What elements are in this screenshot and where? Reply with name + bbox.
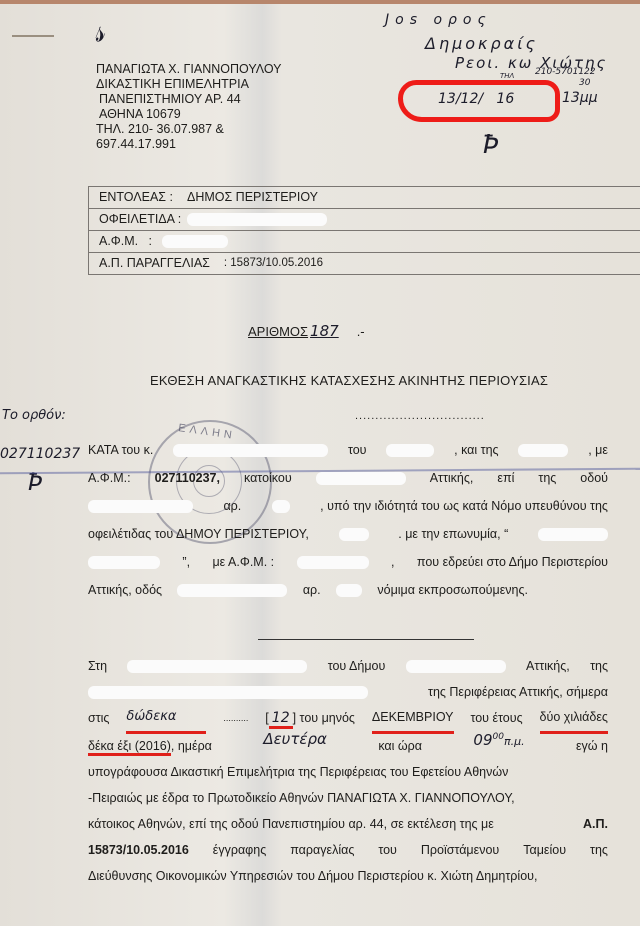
redacted-field (187, 213, 327, 226)
text: και ώρα (378, 732, 422, 760)
text-line: δέκα έξι (2016), ημέρα Δευτέρα και ώρα 0… (88, 732, 608, 760)
text: εγώ η (576, 732, 608, 760)
letterhead-phone1: ΤΗΛ. 210- 36.07.987 & (96, 122, 282, 137)
redacted-field (538, 528, 608, 541)
text-line: 15873/10.05.2016 έγγραφης παραγελίας του… (88, 836, 608, 864)
text-line: Διεύθυνσης Οικονομικών Υπηρεσιών του Δήμ… (88, 862, 608, 890)
handwritten-phone-label: ΤΗΛ (500, 72, 514, 80)
year-text: δύο χιλιάδες (540, 703, 608, 734)
text: Α.Φ.Μ.: (88, 464, 131, 492)
letterhead-role: ΔΙΚΑΣΤΙΚΗ ΕΠΙΜΕΛΗΤΡΙΑ (96, 77, 282, 92)
staple-mark (12, 35, 54, 37)
text: , και της (454, 436, 498, 464)
text: του (378, 836, 397, 864)
month-text: ΔΕΚΕΜΒΡΙΟΥ (372, 703, 454, 734)
page-edge (0, 0, 640, 4)
document-title: ΕΚΘΕΣΗ ΑΝΑΓΚΑΣΤΙΚΗΣ ΚΑΤΑΣΧΕΣΗΣ ΑΚΙΝΗΤΗΣ … (150, 373, 548, 388)
text: κάτοικος Αθηνών, επί της οδού Πανεπιστημ… (88, 810, 494, 838)
order-number: 15873/10.05.2016 (88, 836, 189, 864)
handwritten-correction-label: Το ορθόν: (2, 408, 66, 423)
text: ”, (182, 548, 190, 576)
text-line: αρ. , υπό την ιδιότητά του ως κατά Νόμο … (88, 492, 608, 520)
text: Αττικής, οδός (88, 576, 162, 604)
letterhead-street: ΠΑΝΕΠΙΣΤΗΜΙΟΥ ΑΡ. 44 (96, 92, 282, 107)
redacted-field (173, 444, 328, 457)
info-row-afm: Α.Φ.Μ. : (88, 231, 640, 253)
text: , (391, 548, 394, 576)
text: ] του μηνός (293, 711, 355, 725)
redacted-field (316, 472, 406, 485)
letterhead-city: ΑΘΗΝΑ 10679 (96, 107, 282, 122)
info-row-order-number: Α.Π. ΠΑΡΑΓΓΕΛΙΑΣ : 15873/10.05.2016 (88, 253, 640, 275)
text: , με (588, 436, 608, 464)
text-line: Αττικής, οδός αρ. νόμιμα εκπροσωπούμενης… (88, 576, 528, 604)
text: Αττικής, (430, 464, 474, 492)
text: .......... (223, 704, 248, 732)
text: , ημέρα (171, 739, 212, 753)
year-text-2: δέκα έξι (2016) (88, 739, 171, 756)
info-label: ΕΝΤΟΛΕΑΣ : (99, 187, 173, 208)
text: επί (497, 464, 514, 492)
info-value: ΔΗΜΟΣ ΠΕΡΙΣΤΕΡΙΟΥ (187, 187, 318, 208)
text: οδού (580, 464, 608, 492)
text: Ταμείου (523, 836, 566, 864)
text: της (538, 464, 556, 492)
letterhead-phone2: 697.44.17.991 (96, 137, 282, 152)
redacted-field (177, 584, 287, 597)
redacted-field (518, 444, 568, 457)
redacted-field (406, 660, 506, 673)
handwritten-phone-ext: 30 (579, 78, 590, 88)
info-row-ofeiletida: ΟΦΕΙΛΕΤΙΔΑ : (88, 209, 640, 231)
text: υπογράφουσα Δικαστική Επιμελήτρια της Πε… (88, 758, 508, 786)
title-dots: ................................ (355, 410, 485, 422)
handwritten-correct-afm: 027110237 (0, 446, 80, 462)
handwritten-time: 13μμ (562, 90, 598, 106)
redacted-field (272, 500, 290, 513)
text: της (590, 652, 608, 680)
handwritten-hour: 0900π.μ. (473, 723, 524, 756)
afm-value: 027110237, (155, 464, 220, 492)
text: του (348, 436, 367, 464)
text: οφειλέτιδας του ΔΗΜΟΥ ΠΕΡΙΣΤΕΡΙΟΥ, (88, 520, 309, 548)
text: Προϊστάμενου (421, 836, 499, 864)
text-line: στις δώδεκα .......... [12] του μηνός ΔΕ… (88, 704, 608, 732)
redacted-field (88, 686, 368, 699)
letterhead-name: ΠΑΝΑΓΙΩΤΑ Χ. ΓΙΑΝΝΟΠΟΥΛΟΥ (96, 62, 282, 77)
text: ΚΑΤΑ του κ. (88, 436, 153, 464)
handwritten-number: 187 (308, 322, 357, 340)
redacted-field (336, 584, 362, 597)
text: . με την επωνυμία, “ (398, 520, 508, 548)
text: αρ. (303, 576, 321, 604)
text: Διεύθυνσης Οικονομικών Υπηρεσιών του Δήμ… (88, 862, 537, 890)
text: που εδρεύει στο Δήμο Περιστερίου (417, 548, 608, 576)
handwritten-note-2: Δημοκραίς (425, 34, 538, 53)
redacted-field (297, 556, 369, 569)
hour-suffix: π.μ. (504, 735, 525, 748)
text: κατοίκου (244, 464, 292, 492)
info-row-entoleas: ΕΝΤΟΛΕΑΣ : ΔΗΜΟΣ ΠΕΡΙΣΤΕΡΙΟΥ (88, 187, 640, 209)
text-line: ”, με Α.Φ.Μ. : , που εδρεύει στο Δήμο Πε… (88, 548, 608, 576)
handwritten-note-1: Jos ορος (385, 12, 492, 28)
text: Στη (88, 652, 107, 680)
redacted-field (386, 444, 434, 457)
info-label: ΟΦΕΙΛΕΤΙΔΑ : (99, 209, 181, 230)
text: στις (88, 704, 109, 732)
text: έγγραφης (213, 836, 267, 864)
info-label: Α.Π. ΠΑΡΑΓΓΕΛΙΑΣ (99, 253, 210, 274)
info-box: ΕΝΤΟΛΕΑΣ : ΔΗΜΟΣ ΠΕΡΙΣΤΕΡΙΟΥ ΟΦΕΙΛΕΤΙΔΑ … (88, 186, 640, 275)
text: με Α.Φ.Μ. : (212, 548, 274, 576)
text: Α.Π. (583, 810, 608, 838)
number-suffix: .- (357, 324, 365, 339)
text: -Πειραιώς με έδρα το Πρωτοδικείο Αθηνών … (88, 784, 515, 812)
document-page: 𝓈 ΠΑΝΑΓΙΩΤΑ Χ. ΓΙΑΝΝΟΠΟΥΛΟΥ ΔΙΚΑΣΤΙΚΗ ΕΠ… (0, 0, 640, 926)
handwritten-date: 13/12/ 16 (438, 91, 514, 107)
redacted-field (339, 528, 369, 541)
handwritten-weekday: Δευτέρα (263, 725, 327, 753)
text-line: υπογράφουσα Δικαστική Επιμελήτρια της Πε… (88, 758, 608, 786)
redacted-field (162, 235, 228, 248)
text-line: ΚΑΤΑ του κ. του , και της , με (88, 436, 608, 464)
letterhead: ΠΑΝΑΓΙΩΤΑ Χ. ΓΙΑΝΝΟΠΟΥΛΟΥ ΔΙΚΑΣΤΙΚΗ ΕΠΙΜ… (96, 62, 282, 152)
text-line: Στη του Δήμου Αττικής, της (88, 652, 608, 680)
text-line: -Πειραιώς με έδρα το Πρωτοδικείο Αθηνών … (88, 784, 608, 812)
text: του Δήμου (328, 652, 386, 680)
hour-minutes: 00 (493, 732, 504, 742)
text: της (590, 836, 608, 864)
text-line: Α.Φ.Μ.: 027110237, κατοίκου Αττικής, επί… (88, 464, 608, 492)
hour: 09 (473, 731, 492, 749)
text: παραγελίας (290, 836, 354, 864)
text-line: οφειλέτιδας του ΔΗΜΟΥ ΠΕΡΙΣΤΕΡΙΟΥ, . με … (88, 520, 608, 548)
number-label: ΑΡΙΘΜΟΣ (248, 324, 308, 339)
info-label: Α.Φ.Μ. : (99, 231, 152, 252)
redacted-field (88, 500, 193, 513)
handwritten-signature-scribble: 𝓈 (85, 13, 110, 49)
redacted-field (127, 660, 307, 673)
text-line: κάτοικος Αθηνών, επί της οδού Πανεπιστημ… (88, 810, 608, 838)
text: νόμιμα εκπροσωπούμενης. (377, 576, 528, 604)
handwritten-phone: 210-5701122 (535, 67, 596, 77)
info-value: : 15873/10.05.2016 (224, 253, 323, 274)
document-number: ΑΡΙΘΜΟΣ187.- (248, 322, 365, 340)
redacted-field (88, 556, 160, 569)
text: Αττικής, (526, 652, 570, 680)
text: αρ. (223, 492, 241, 520)
initials-signature: Ꝥ (483, 130, 499, 160)
text: , υπό την ιδιότητά του ως κατά Νόμο υπευ… (320, 492, 608, 520)
handwritten-day-word: δώδεκα (126, 703, 206, 734)
section-divider (258, 639, 474, 640)
